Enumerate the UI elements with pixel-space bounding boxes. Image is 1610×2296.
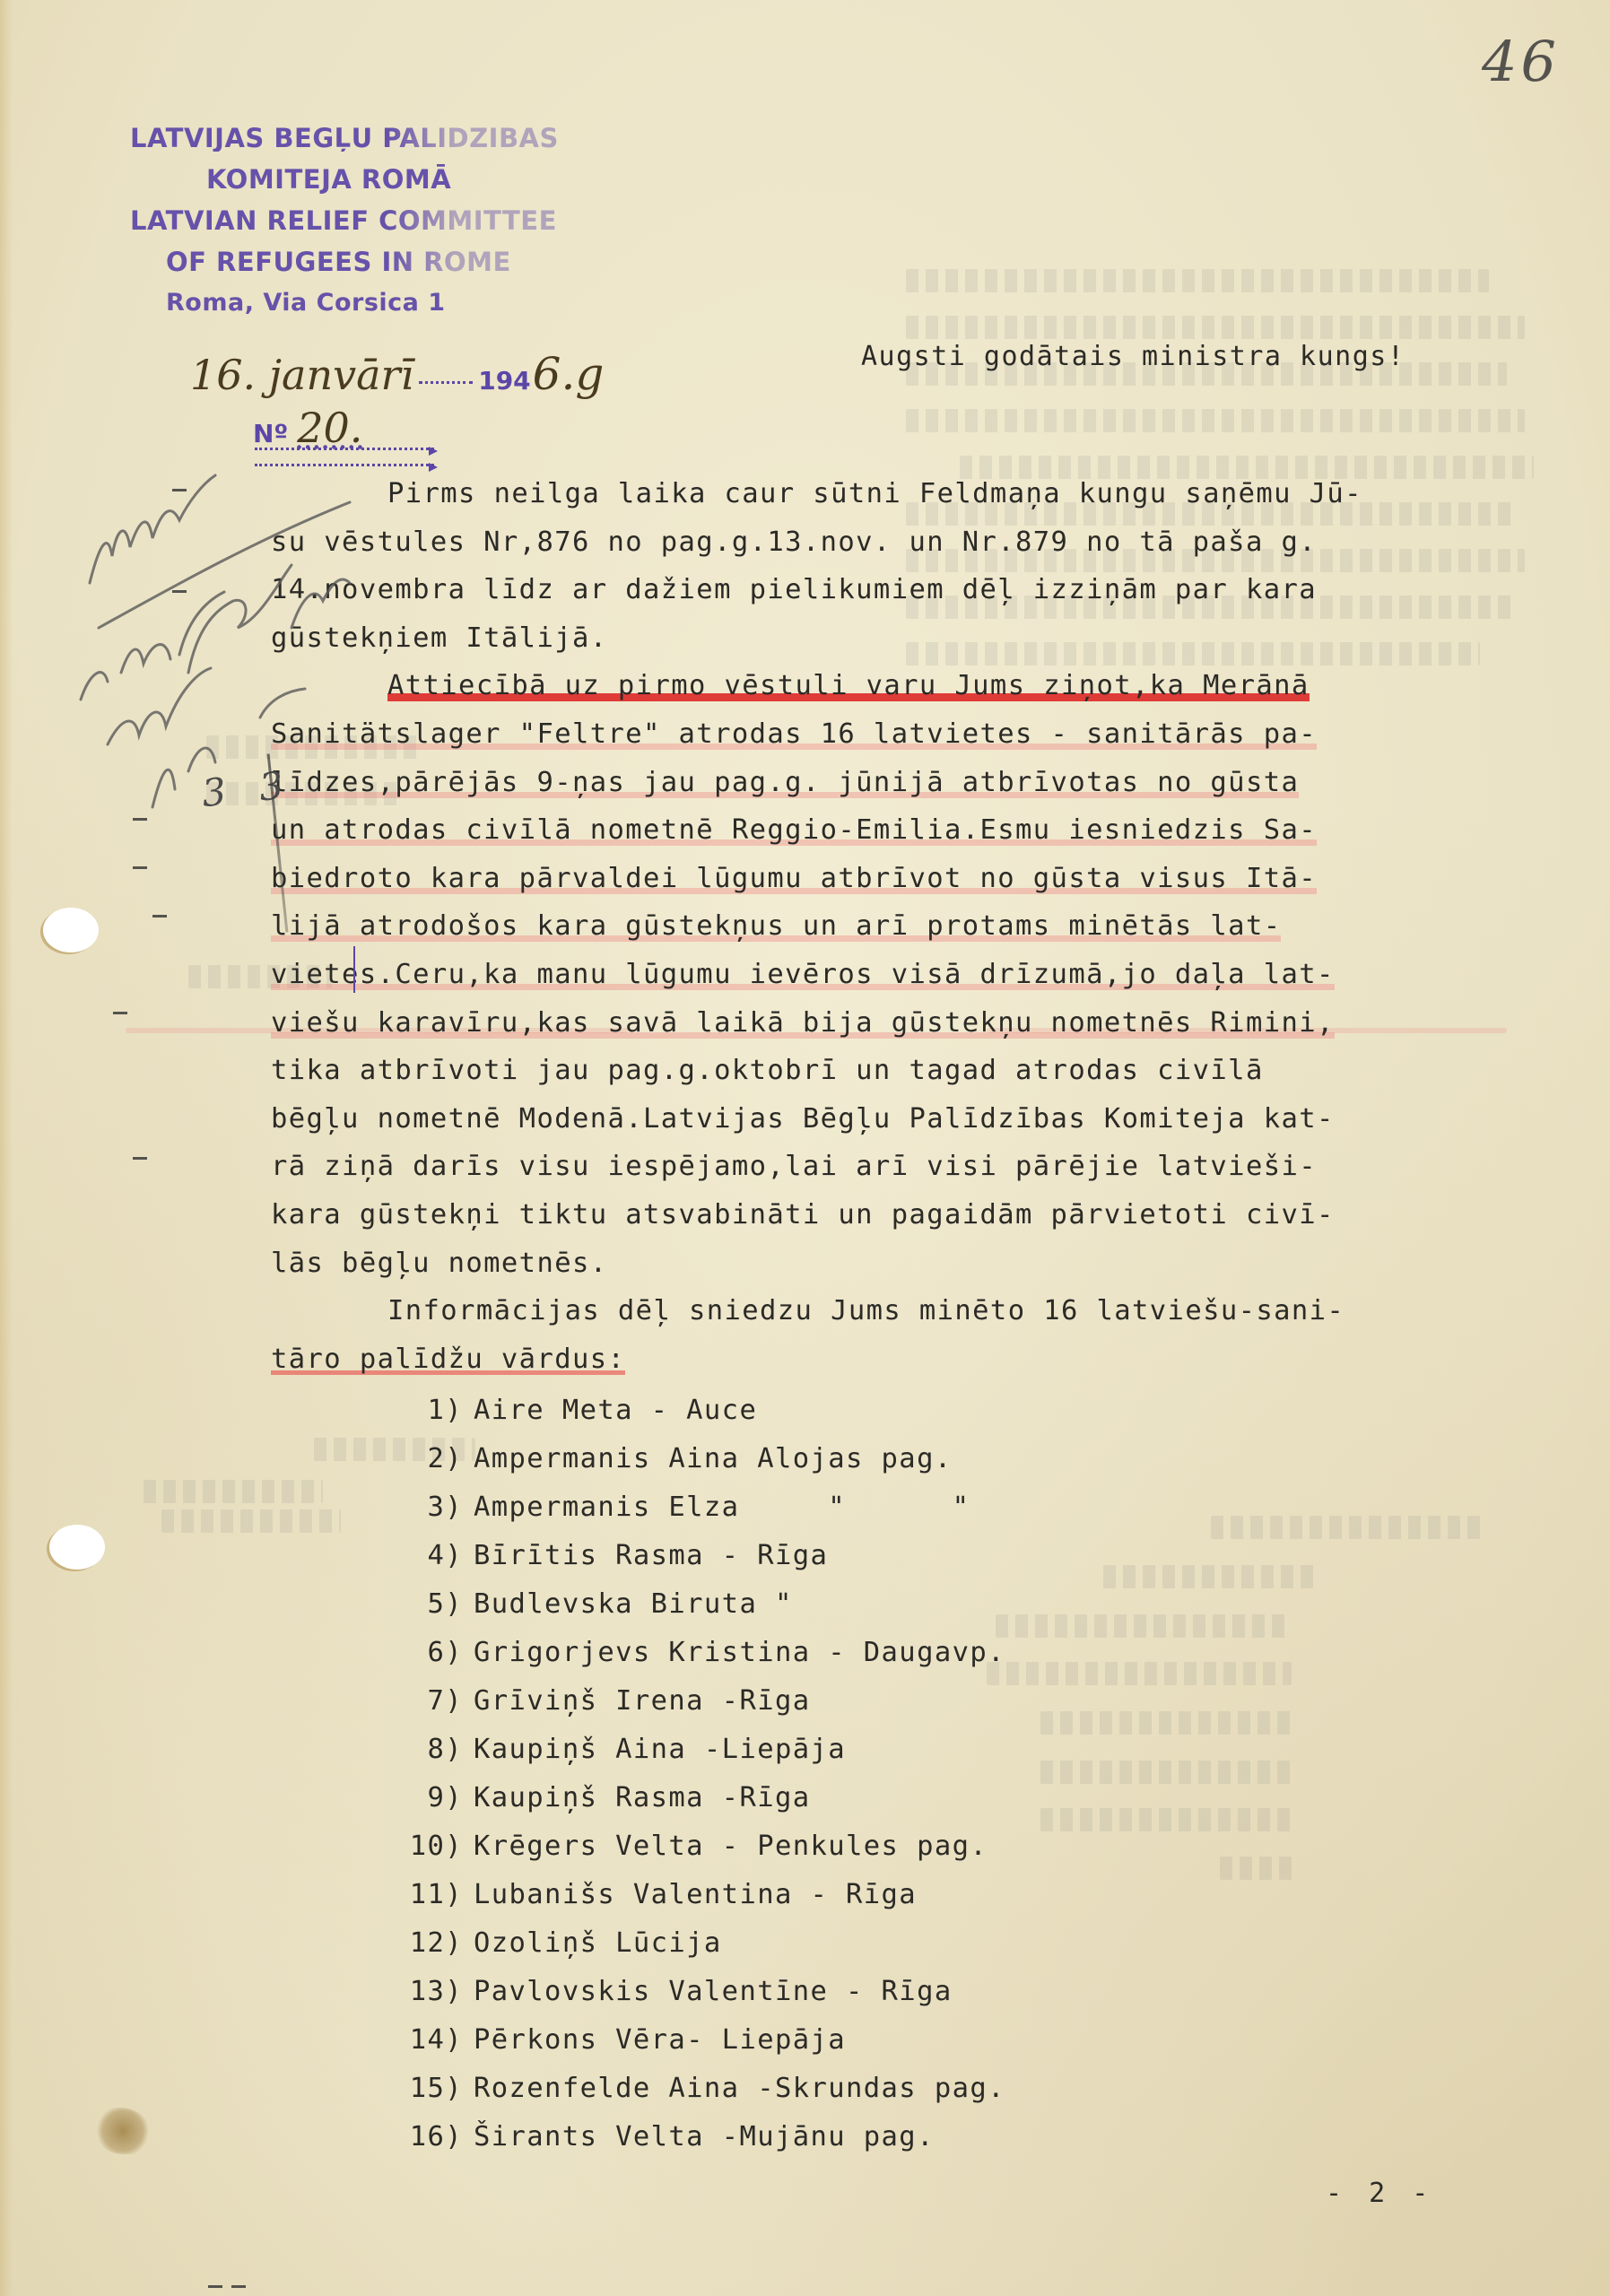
body-line: vietes.Ceru,ka manu lūgumu ievēros visā … bbox=[271, 951, 1527, 999]
list-item-text: Pavlovskis Valentīne - Rīga bbox=[474, 1976, 953, 2007]
list-item-number: 7) bbox=[395, 1685, 474, 1717]
list-item: 6)Grigorjevs Kristina - Daugavp. bbox=[395, 1628, 1005, 1676]
body-line: Informācijas dēļ sniedzu Jums minēto 16 … bbox=[271, 1287, 1527, 1335]
body-line-text: vietes.Ceru,ka manu lūgumu ievēros visā … bbox=[271, 959, 1335, 990]
salutation: Augsti godātais ministra kungs! bbox=[861, 341, 1405, 372]
list-item-text: Širants Velta -Mujānu pag. bbox=[474, 2121, 935, 2152]
body-line-text: Attiecībā uz pirmo vēstuli varu Jums ziņ… bbox=[387, 670, 1310, 701]
list-item: 1)Aire Meta - Auce bbox=[395, 1386, 1005, 1434]
list-item-number: 2) bbox=[395, 1443, 474, 1474]
violet-correction-mark bbox=[353, 946, 355, 993]
body-line: kara gūstekņi tiktu atsvabināti un pagai… bbox=[271, 1191, 1527, 1239]
list-item: 8)Kaupiņš Aina -Liepāja bbox=[395, 1725, 1005, 1773]
body-line: un atrodas civīlā nometnē Reggio-Emilia.… bbox=[271, 806, 1527, 855]
body-line: biedroto kara pārvaldei lūgumu atbrīvot … bbox=[271, 855, 1527, 903]
date-year-printed: 194 bbox=[478, 366, 530, 396]
body-line: gūstekņiem Itālijā. bbox=[271, 614, 1527, 663]
list-item-text: Budlevska Biruta " bbox=[474, 1588, 793, 1620]
page-marker: - 2 - bbox=[1326, 2178, 1433, 2209]
list-item-number: 6) bbox=[395, 1637, 474, 1668]
list-item-number: 13) bbox=[395, 1976, 474, 2007]
body-line: su vēstules Nr,876 no pag.g.13.nov. un N… bbox=[271, 518, 1527, 567]
list-item-number: 4) bbox=[395, 1540, 474, 1571]
stamp-line: OF REFUGEES IN ROME bbox=[130, 249, 561, 275]
list-item: 5)Budlevska Biruta " bbox=[395, 1579, 1005, 1628]
body-line: līdzes,pārējās 9-ņas jau pag.g. jūnijā a… bbox=[271, 759, 1527, 807]
list-item-text: Kaupiņš Aina -Liepāja bbox=[474, 1734, 846, 1765]
list-item-number: 14) bbox=[395, 2024, 474, 2056]
stamp-line: KOMITEJA ROMĀ bbox=[130, 167, 561, 193]
body-line: lijā atrodošos kara gūstekņus un arī pro… bbox=[271, 902, 1527, 951]
list-item-text: Ampermanis Elza " " bbox=[474, 1492, 970, 1523]
body-line: rā ziņā darīs visu iespējamo,lai arī vis… bbox=[271, 1143, 1527, 1191]
list-item-number: 16) bbox=[395, 2121, 474, 2152]
list-item: 4)Bīrītis Rasma - Rīga bbox=[395, 1531, 1005, 1579]
list-item: 3)Ampermanis Elza " " bbox=[395, 1483, 1005, 1531]
list-item-number: 11) bbox=[395, 1879, 474, 1910]
body-line-text: tāro palīdžu vārdus: bbox=[271, 1344, 625, 1375]
list-item: 10)Krēgers Velta - Penkules pag. bbox=[395, 1822, 1005, 1870]
list-item-number: 15) bbox=[395, 2073, 474, 2104]
body-line: bēgļu nometnē Modenā.Latvijas Bēgļu Palī… bbox=[271, 1095, 1527, 1144]
doc-number-value: 20. bbox=[297, 404, 362, 452]
body-line: tāro palīdžu vārdus: bbox=[271, 1335, 1527, 1384]
stamp-line: LATVIAN RELIEF COMMITTEE bbox=[130, 208, 561, 234]
list-item-text: Ozoliņš Lūcija bbox=[474, 1927, 722, 1959]
list-item-number: 12) bbox=[395, 1927, 474, 1959]
list-item: 9)Kaupiņš Rasma -Rīga bbox=[395, 1773, 1005, 1822]
list-item: 2)Ampermanis Aina Alojas pag. bbox=[395, 1434, 1005, 1483]
body-line: lās bēgļu nometnēs. bbox=[271, 1239, 1527, 1288]
list-item: 11)Lubanišs Valentina - Rīga bbox=[395, 1870, 1005, 1918]
list-item-text: Grīviņš Irena -Rīga bbox=[474, 1685, 811, 1717]
body-line-text: Sanitätslager "Feltre" atrodas 16 latvie… bbox=[271, 718, 1317, 750]
list-item: 15)Rozenfelde Aina -Skrundas pag. bbox=[395, 2064, 1005, 2112]
archive-page-number: 46 bbox=[1482, 29, 1560, 94]
list-item-number: 9) bbox=[395, 1782, 474, 1813]
doc-number-label: Nº bbox=[253, 419, 288, 448]
list-item-number: 10) bbox=[395, 1831, 474, 1862]
name-list: 1)Aire Meta - Auce 2)Ampermanis Aina Alo… bbox=[395, 1386, 1005, 2161]
body-line: 14.novembra līdz ar dažiem pielikumiem d… bbox=[271, 566, 1527, 614]
body-line-text: līdzes,pārējās 9-ņas jau pag.g. jūnijā a… bbox=[271, 767, 1299, 798]
list-item-text: Lubanišs Valentina - Rīga bbox=[474, 1879, 917, 1910]
date-year-handwritten: 6.g bbox=[533, 348, 605, 400]
body-line-text: viešu karavīru,kas savā laikā bija gūste… bbox=[271, 1007, 1335, 1039]
list-item-text: Rozenfelde Aina -Skrundas pag. bbox=[474, 2073, 1005, 2104]
list-item-text: Grigorjevs Kristina - Daugavp. bbox=[474, 1637, 1005, 1668]
stamp-line: LATVIJAS BĒGĻU PALĪDZĪBAS bbox=[130, 126, 561, 152]
list-item: 7)Grīviņš Irena -Rīga bbox=[395, 1676, 1005, 1725]
punch-hole bbox=[49, 1525, 105, 1570]
body-line: viešu karavīru,kas savā laikā bija gūste… bbox=[271, 999, 1527, 1048]
date-dotted-rule bbox=[419, 381, 473, 384]
body-line-text: un atrodas civīlā nometnē Reggio-Emilia.… bbox=[271, 814, 1317, 846]
body-line: Pirms neilga laika caur sūtni Feldmaņa k… bbox=[271, 470, 1527, 518]
list-item: 12)Ozoliņš Lūcija bbox=[395, 1918, 1005, 1967]
committee-stamp: LATVIJAS BĒGĻU PALĪDZĪBAS KOMITEJA ROMĀ … bbox=[130, 126, 561, 330]
stamp-address: Roma, Via Corsica 1 bbox=[130, 291, 561, 315]
body-line: Sanitätslager "Feltre" atrodas 16 latvie… bbox=[271, 710, 1527, 759]
list-item-number: 1) bbox=[395, 1395, 474, 1426]
list-item: 14)Pērkons Vēra- Liepāja bbox=[395, 2015, 1005, 2064]
list-item-number: 3) bbox=[395, 1492, 474, 1523]
list-item-text: Kaupiņš Rasma -Rīga bbox=[474, 1782, 811, 1813]
list-item: 13)Pavlovskis Valentīne - Rīga bbox=[395, 1967, 1005, 2015]
letter-body: Pirms neilga laika caur sūtni Feldmaņa k… bbox=[271, 470, 1527, 1383]
date-block: 16. janvārī 194 6.g Nº 20. bbox=[190, 348, 604, 452]
body-line: tika atbrīvoti jau pag.g.oktobrī un taga… bbox=[271, 1047, 1527, 1095]
body-line: Attiecībā uz pirmo vēstuli varu Jums ziņ… bbox=[271, 662, 1527, 710]
list-item-text: Aire Meta - Auce bbox=[474, 1395, 757, 1426]
list-item-number: 5) bbox=[395, 1588, 474, 1620]
date-day-month: 16. janvārī bbox=[190, 351, 413, 399]
list-item-text: Ampermanis Aina Alojas pag. bbox=[474, 1443, 953, 1474]
list-item-text: Krēgers Velta - Penkules pag. bbox=[474, 1831, 988, 1862]
punch-hole bbox=[43, 908, 99, 952]
list-item-text: Pērkons Vēra- Liepāja bbox=[474, 2024, 846, 2056]
list-item-text: Bīrītis Rasma - Rīga bbox=[474, 1540, 828, 1571]
body-line-text: lijā atrodošos kara gūstekņus un arī pro… bbox=[271, 910, 1281, 942]
list-item: 16)Širants Velta -Mujānu pag. bbox=[395, 2112, 1005, 2161]
list-item-number: 8) bbox=[395, 1734, 474, 1765]
body-line-text: biedroto kara pārvaldei lūgumu atbrīvot … bbox=[271, 863, 1317, 894]
paper-edge-shading bbox=[0, 0, 13, 2296]
